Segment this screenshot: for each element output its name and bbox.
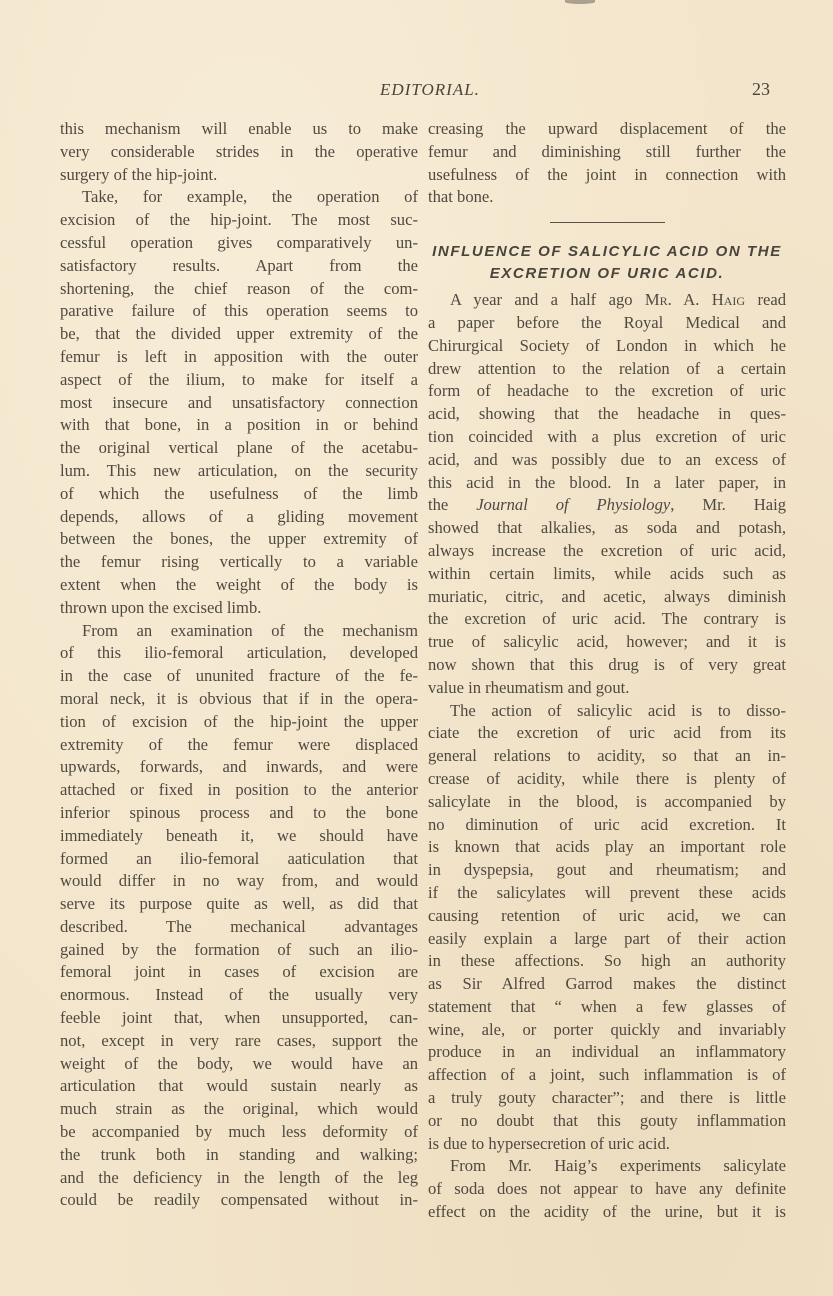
text-line: form of headache to the excretion of uri… <box>428 380 786 403</box>
text-line: surgery of the hip-joint. <box>60 164 418 187</box>
text-line: tion of excision of the hip-joint the up… <box>60 711 418 734</box>
text-line: serve its purpose quite as well, as did … <box>60 893 418 916</box>
text-line: most insecure and unsatisfactory connect… <box>60 392 418 415</box>
text-line: much strain as the original, which would <box>60 1098 418 1121</box>
text-line: usefulness of the joint in connection wi… <box>428 164 786 187</box>
text-line: no diminution of uric acid excretion. It <box>428 814 786 837</box>
text-line: articulation that would sustain nearly a… <box>60 1075 418 1098</box>
text-line: upwards, forwards, and inwards, and were <box>60 756 418 779</box>
text-line: femur is left in apposition with the out… <box>60 346 418 369</box>
text-line: as Sir Alfred Garrod makes the distinct <box>428 973 786 996</box>
text-line: the femur rising vertically to a variabl… <box>60 551 418 574</box>
text-line: immediately beneath it, we should have <box>60 825 418 848</box>
text-line: this mechanism will enable us to make <box>60 118 418 141</box>
text-line: of which the usefulness of the limb <box>60 483 418 506</box>
right-column: creasing the upward displacement of the … <box>428 118 786 1224</box>
text-line: the Journal of Physiology, Mr. Haig <box>428 494 786 517</box>
text-line: the original vertical plane of the aceta… <box>60 437 418 460</box>
text-line: the trunk both in standing and walking; <box>60 1144 418 1167</box>
text-line: muriatic, citric, and acetic, always dim… <box>428 586 786 609</box>
text-line: showed that alkalies, as soda and potash… <box>428 517 786 540</box>
text-line: very considerable strides in the operati… <box>60 141 418 164</box>
text-line: not, except in very rare cases, support … <box>60 1030 418 1053</box>
running-header: EDITORIAL. 23 <box>60 80 800 104</box>
text-line: satisfactory results. Apart from the <box>60 255 418 278</box>
text-line: salicylate in the blood, is accompanied … <box>428 791 786 814</box>
text-line: is known that acids play an important ro… <box>428 836 786 859</box>
scan-smudge <box>565 0 595 4</box>
text-line: of soda does not appear to have any defi… <box>428 1178 786 1201</box>
text-line: attached or fixed in position to the ant… <box>60 779 418 802</box>
text-fragment: read <box>745 290 786 309</box>
text-line: shortening, the chief reason of the com- <box>60 278 418 301</box>
text-line: extent when the weight of the body is <box>60 574 418 597</box>
scanned-page: EDITORIAL. 23 this mechanism will enable… <box>0 0 833 1296</box>
text-line: enormous. Instead of the usually very <box>60 984 418 1007</box>
text-line: with that bone, in a position in or behi… <box>60 414 418 437</box>
journal-title: Journal of Physiology <box>476 495 670 514</box>
text-line: always increase the excretion of uric ac… <box>428 540 786 563</box>
text-line: in the case of ununited fracture of the … <box>60 665 418 688</box>
text-line: a truly gouty character”; and there is l… <box>428 1087 786 1110</box>
text-line: gained by the formation of such an ilio- <box>60 939 418 962</box>
text-line: in these affections. So high an authorit… <box>428 950 786 973</box>
text-line: drew attention to the relation of a cert… <box>428 358 786 381</box>
text-line: be accompanied by much less deformity of <box>60 1121 418 1144</box>
text-fragment: , Mr. Haig <box>670 495 786 514</box>
text-line: The action of salicylic acid is to disso… <box>428 700 786 723</box>
text-line: in dyspepsia, gout and rheumatism; and <box>428 859 786 882</box>
text-line: thrown upon the excised limb. <box>60 597 418 620</box>
text-line: is due to hypersecretion of uric acid. <box>428 1133 786 1156</box>
text-line: the excretion of uric acid. The contrary… <box>428 608 786 631</box>
left-column: this mechanism will enable us to make ve… <box>60 118 418 1212</box>
text-line: crease of acidity, while there is plenty… <box>428 768 786 791</box>
text-line: feeble joint that, when unsupported, can… <box>60 1007 418 1030</box>
text-line: formed an ilio-femoral aaticulation that <box>60 848 418 871</box>
text-line: parative failure of this operation seems… <box>60 300 418 323</box>
text-line: acid, showing that the headache in ques- <box>428 403 786 426</box>
text-line: Take, for example, the operation of <box>60 186 418 209</box>
text-line: easily explain a large part of their act… <box>428 928 786 951</box>
text-line: From an examination of the mechanism <box>60 620 418 643</box>
text-line: creasing the upward displacement of the <box>428 118 786 141</box>
text-line: if the salicylates will prevent these ac… <box>428 882 786 905</box>
text-line: cessful operation gives comparatively un… <box>60 232 418 255</box>
text-line: be, that the divided upper extremity of … <box>60 323 418 346</box>
text-line: aspect of the ilium, to make for itself … <box>60 369 418 392</box>
text-line: statement that “ when a few glasses of <box>428 996 786 1019</box>
text-line: would differ in no way from, and would <box>60 870 418 893</box>
text-line: described. The mechanical advantages <box>60 916 418 939</box>
author-name: Mr. A. Haig <box>645 290 745 309</box>
text-line: lum. This new articulation, on the secur… <box>60 460 418 483</box>
text-line: From Mr. Haig’s experiments salicylate <box>428 1155 786 1178</box>
text-line: Chirurgical Society of London in which h… <box>428 335 786 358</box>
page-number: 23 <box>752 79 770 100</box>
text-line: moral neck, it is obvious that if in the… <box>60 688 418 711</box>
text-line: effect on the acidity of the urine, but … <box>428 1201 786 1224</box>
text-line: causing retention of uric acid, we can <box>428 905 786 928</box>
text-line: could be readily compensated without in- <box>60 1189 418 1212</box>
section-divider <box>550 222 665 223</box>
text-line: acid, and was possibly due to an excess … <box>428 449 786 472</box>
section-heading-line-2: EXCRETION OF URIC ACID. <box>428 263 786 285</box>
text-line: that bone. <box>428 186 786 209</box>
text-line: affection of a joint, such inflammation … <box>428 1064 786 1087</box>
section-heading-line-1: INFLUENCE OF SALICYLIC ACID ON THE <box>428 241 786 263</box>
text-line: produce in an individual an inflammatory <box>428 1041 786 1064</box>
text-line: value in rheumatism and gout. <box>428 677 786 700</box>
text-line: ciate the excretion of uric acid from it… <box>428 722 786 745</box>
text-line: inferior spinous process and to the bone <box>60 802 418 825</box>
text-line: excision of the hip-joint. The most suc- <box>60 209 418 232</box>
text-line: extremity of the femur were displaced <box>60 734 418 757</box>
text-line: depends, allows of a gliding movement <box>60 506 418 529</box>
text-line: wine, ale, or porter quickly and invaria… <box>428 1019 786 1042</box>
text-fragment: A year and a half ago <box>450 290 645 309</box>
text-fragment: the <box>428 495 476 514</box>
text-line: of this ilio-femoral articulation, devel… <box>60 642 418 665</box>
text-line: between the bones, the upper extremity o… <box>60 528 418 551</box>
text-line: this acid in the blood. In a later paper… <box>428 472 786 495</box>
text-line: tion coincided with a plus excretion of … <box>428 426 786 449</box>
text-line: femoral joint in cases of excision are <box>60 961 418 984</box>
text-line: within certain limits, while acids such … <box>428 563 786 586</box>
text-line: femur and diminishing still further the <box>428 141 786 164</box>
text-line: or no doubt that this gouty inflammation <box>428 1110 786 1133</box>
text-line: weight of the body, we would have an <box>60 1053 418 1076</box>
text-line: and the deficiency in the length of the … <box>60 1167 418 1190</box>
text-line: a paper before the Royal Medical and <box>428 312 786 335</box>
text-line: general relations to acidity, so that an… <box>428 745 786 768</box>
text-line: A year and a half ago Mr. A. Haig read <box>428 289 786 312</box>
text-line: true of salicylic acid, however; and it … <box>428 631 786 654</box>
running-title: EDITORIAL. <box>60 80 800 100</box>
text-line: now shown that this drug is of very grea… <box>428 654 786 677</box>
